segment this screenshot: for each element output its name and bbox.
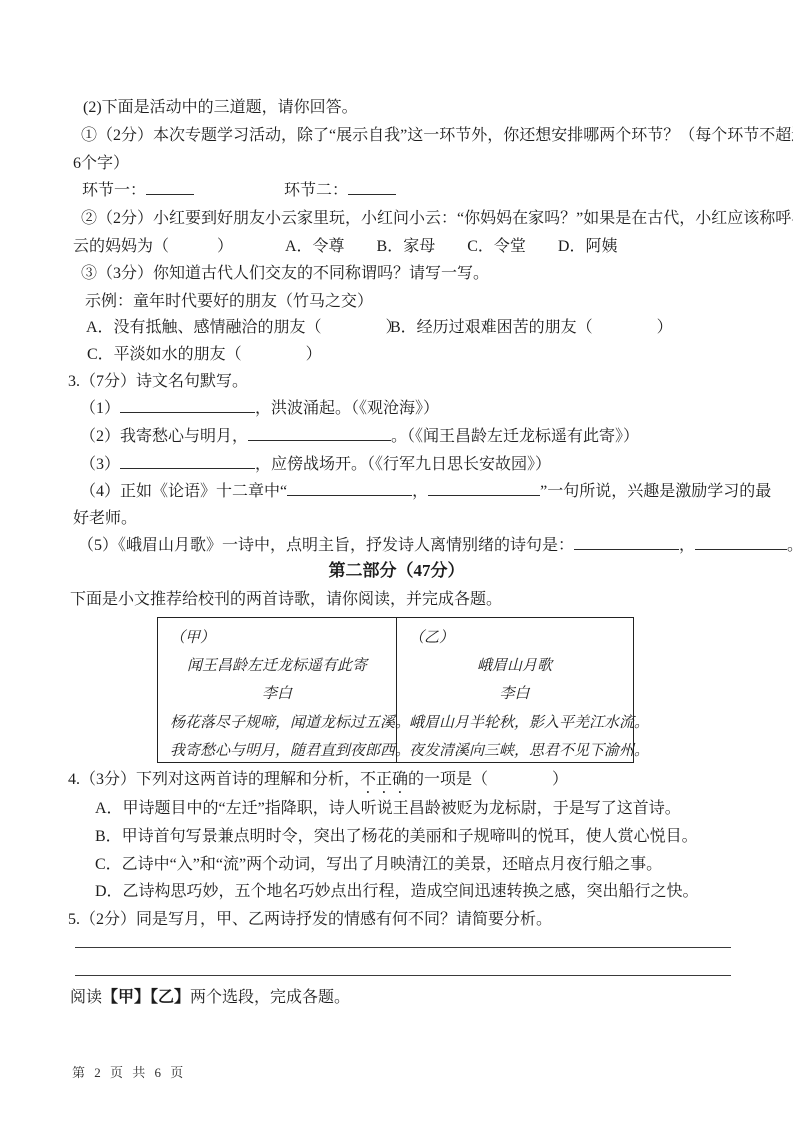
q3-item5-mid: ， bbox=[679, 537, 695, 554]
q3-item3: （3），应傍战场开。（《行军九日思长安故园》） bbox=[80, 451, 551, 478]
q3-item1: （1），洪波涌起。（《观沧海》） bbox=[80, 395, 439, 422]
q3-item4-mid: ， bbox=[412, 483, 428, 500]
q3-item4-blank2 bbox=[428, 481, 540, 496]
poem-cell-jia: （甲） 闻王昌龄左迁龙标遥有此寄 李白 杨花落尽子规啼，闻道龙标过五溪。 我寄愁… bbox=[158, 618, 397, 762]
poem-yi-line1: 峨眉山月半轮秋，影入平羌江水流。 bbox=[409, 708, 620, 736]
slot1-blank bbox=[146, 180, 194, 195]
poem-jia-line1: 杨花落尽子规啼，闻道龙标过五溪。 bbox=[170, 708, 384, 736]
q3-item4-post: ”一句所说，兴趣是激励学习的最 bbox=[540, 483, 771, 500]
part2-title: 第二部分（47分） bbox=[0, 557, 793, 584]
q3-item4-continuation: 好老师。 bbox=[73, 505, 137, 532]
sub-question2-line2: 云的妈妈为（ ） bbox=[73, 233, 233, 260]
question4-stem: 4.（3分）下列对这两首诗的理解和分析，不正确的一项是（ ） bbox=[68, 766, 568, 797]
q3-item3-post: ，应傍战场开。（《行军九日思长安故园》） bbox=[255, 456, 551, 473]
q3-item4-blank1 bbox=[287, 481, 412, 496]
answer-slots-line: 环节一：环节二： bbox=[82, 177, 396, 204]
answer-rule-line-2 bbox=[75, 975, 731, 976]
question4-option-d: D．乙诗构思巧妙，五个地名巧妙点出行程，造成空间迅速转换之感，突出船行之快。 bbox=[95, 878, 699, 905]
sub-question1-line1: ①（2分）本次专题学习活动，除了“展示自我”这一环节外，你还想安排哪两个环节？（… bbox=[81, 122, 793, 149]
q3-item5-blank1 bbox=[574, 535, 679, 550]
answer-rule-line-1 bbox=[75, 947, 731, 948]
poem-yi-line2: 夜发清溪向三峡，思君不见下渝州。 bbox=[409, 736, 620, 764]
q3-item5-pre: （5）《峨眉山月歌》一诗中，点明主旨，抒发诗人离情别绪的诗句是： bbox=[78, 537, 574, 554]
slot1-label: 环节一： bbox=[82, 182, 146, 199]
question4-pre: 4.（3分）下列对这两首诗的理解和分析， bbox=[68, 771, 360, 788]
sub-question2-line1: ②（2分）小红要到好朋友小云家里玩，小红问小云：“你妈妈在家吗？”如果是在古代，… bbox=[81, 205, 793, 232]
poem-jia-line2: 我寄愁心与明月，随君直到夜郎西。 bbox=[170, 736, 384, 764]
q3-item2-post: 。（《闻王昌龄左迁龙标遥有此寄》） bbox=[391, 428, 639, 445]
reading-intro-post: 两个选段，完成各题。 bbox=[190, 989, 350, 1006]
sub-question3-option-c: C．平淡如水的朋友（ ） bbox=[87, 341, 322, 368]
question2-intro: (2)下面是活动中的三道题，请你回答。 bbox=[83, 94, 358, 121]
sub-question3-example: 示例：童年时代要好的朋友（竹马之交） bbox=[85, 288, 373, 315]
poem-jia-label: （甲） bbox=[170, 623, 384, 651]
sub-question3-option-a: A．没有抵触、感情融洽的朋友（ ） bbox=[86, 314, 402, 341]
q3-item2-blank bbox=[248, 426, 391, 441]
poem-yi-label: （乙） bbox=[409, 623, 620, 651]
reading-section-intro: 阅读【甲】【乙】两个选段，完成各题。 bbox=[70, 984, 350, 1011]
slot2-blank bbox=[348, 180, 396, 195]
poem-yi-author: 李白 bbox=[409, 679, 620, 707]
q3-item5: （5）《峨眉山月歌》一诗中，点明主旨，抒发诗人离情别绪的诗句是：，。 bbox=[78, 532, 793, 559]
question4-option-a: A．甲诗题目中的“左迁”指降职，诗人听说王昌龄被贬为龙标尉，于是写了这首诗。 bbox=[95, 795, 681, 822]
exam-document-page: (2)下面是活动中的三道题，请你回答。 ①（2分）本次专题学习活动，除了“展示自… bbox=[0, 0, 793, 1122]
q3-item1-blank bbox=[120, 398, 255, 413]
question4-emphasis: 不正确 bbox=[360, 771, 408, 788]
poem-cell-yi: （乙） 峨眉山月歌 李白 峨眉山月半轮秋，影入平羌江水流。 夜发清溪向三峡，思君… bbox=[397, 618, 632, 762]
q3-item3-pre: （3） bbox=[80, 456, 120, 473]
question5-stem: 5.（2分）同是写月，甲、乙两诗抒发的情感有何不同？请简要分析。 bbox=[68, 906, 552, 933]
question3-title: 3.（7分）诗文名句默写。 bbox=[68, 368, 248, 395]
q3-item4: （4）正如《论语》十二章中“，”一句所说，兴趣是激励学习的最 bbox=[80, 478, 771, 505]
part2-intro: 下面是小文推荐给校刊的两首诗歌，请你阅读，并完成各题。 bbox=[70, 586, 502, 613]
sub-question3-line: ③（3分）你知道古代人们交友的不同称谓吗？请写一写。 bbox=[81, 260, 489, 287]
q3-item1-pre: （1） bbox=[80, 400, 120, 417]
poem-yi-title: 峨眉山月歌 bbox=[409, 651, 620, 679]
poem-jia-author: 李白 bbox=[170, 679, 384, 707]
q3-item5-post: 。 bbox=[787, 537, 793, 554]
reading-intro-pre: 阅读 bbox=[70, 989, 102, 1006]
poem-jia-title: 闻王昌龄左迁龙标遥有此寄 bbox=[170, 651, 384, 679]
q3-item2-pre: （2）我寄愁心与明月， bbox=[80, 428, 248, 445]
sub-question1-line2: 6个字） bbox=[73, 150, 129, 177]
page-number: 第 2 页 共 6 页 bbox=[72, 1062, 186, 1081]
reading-intro-bracket-labels: 【甲】【乙】 bbox=[102, 989, 190, 1006]
q3-item4-pre: （4）正如《论语》十二章中“ bbox=[80, 483, 287, 500]
q3-item5-blank2 bbox=[695, 535, 787, 550]
question4-post: 的一项是（ ） bbox=[408, 771, 568, 788]
q3-item1-post: ，洪波涌起。（《观沧海》） bbox=[255, 400, 439, 417]
question4-option-b: B．甲诗首句写景兼点明时令，突出了杨花的美丽和子规啼叫的悦耳，使人赏心悦目。 bbox=[95, 823, 698, 850]
q3-item3-blank bbox=[120, 454, 255, 469]
slot2-label: 环节二： bbox=[284, 182, 348, 199]
sub-question2-options: A．令尊 B．家母 C．令堂 D．阿姨 bbox=[285, 233, 617, 260]
question4-option-c: C．乙诗中“入”和“流”两个动词，写出了月映清江的美景，还暗点月夜行船之事。 bbox=[95, 851, 662, 878]
sub-question3-option-b: B．经历过艰难困苦的朋友（ ） bbox=[390, 314, 673, 341]
q3-item2: （2）我寄愁心与明月，。（《闻王昌龄左迁龙标遥有此寄》） bbox=[80, 423, 639, 450]
poems-table: （甲） 闻王昌龄左迁龙标遥有此寄 李白 杨花落尽子规啼，闻道龙标过五溪。 我寄愁… bbox=[157, 617, 634, 763]
